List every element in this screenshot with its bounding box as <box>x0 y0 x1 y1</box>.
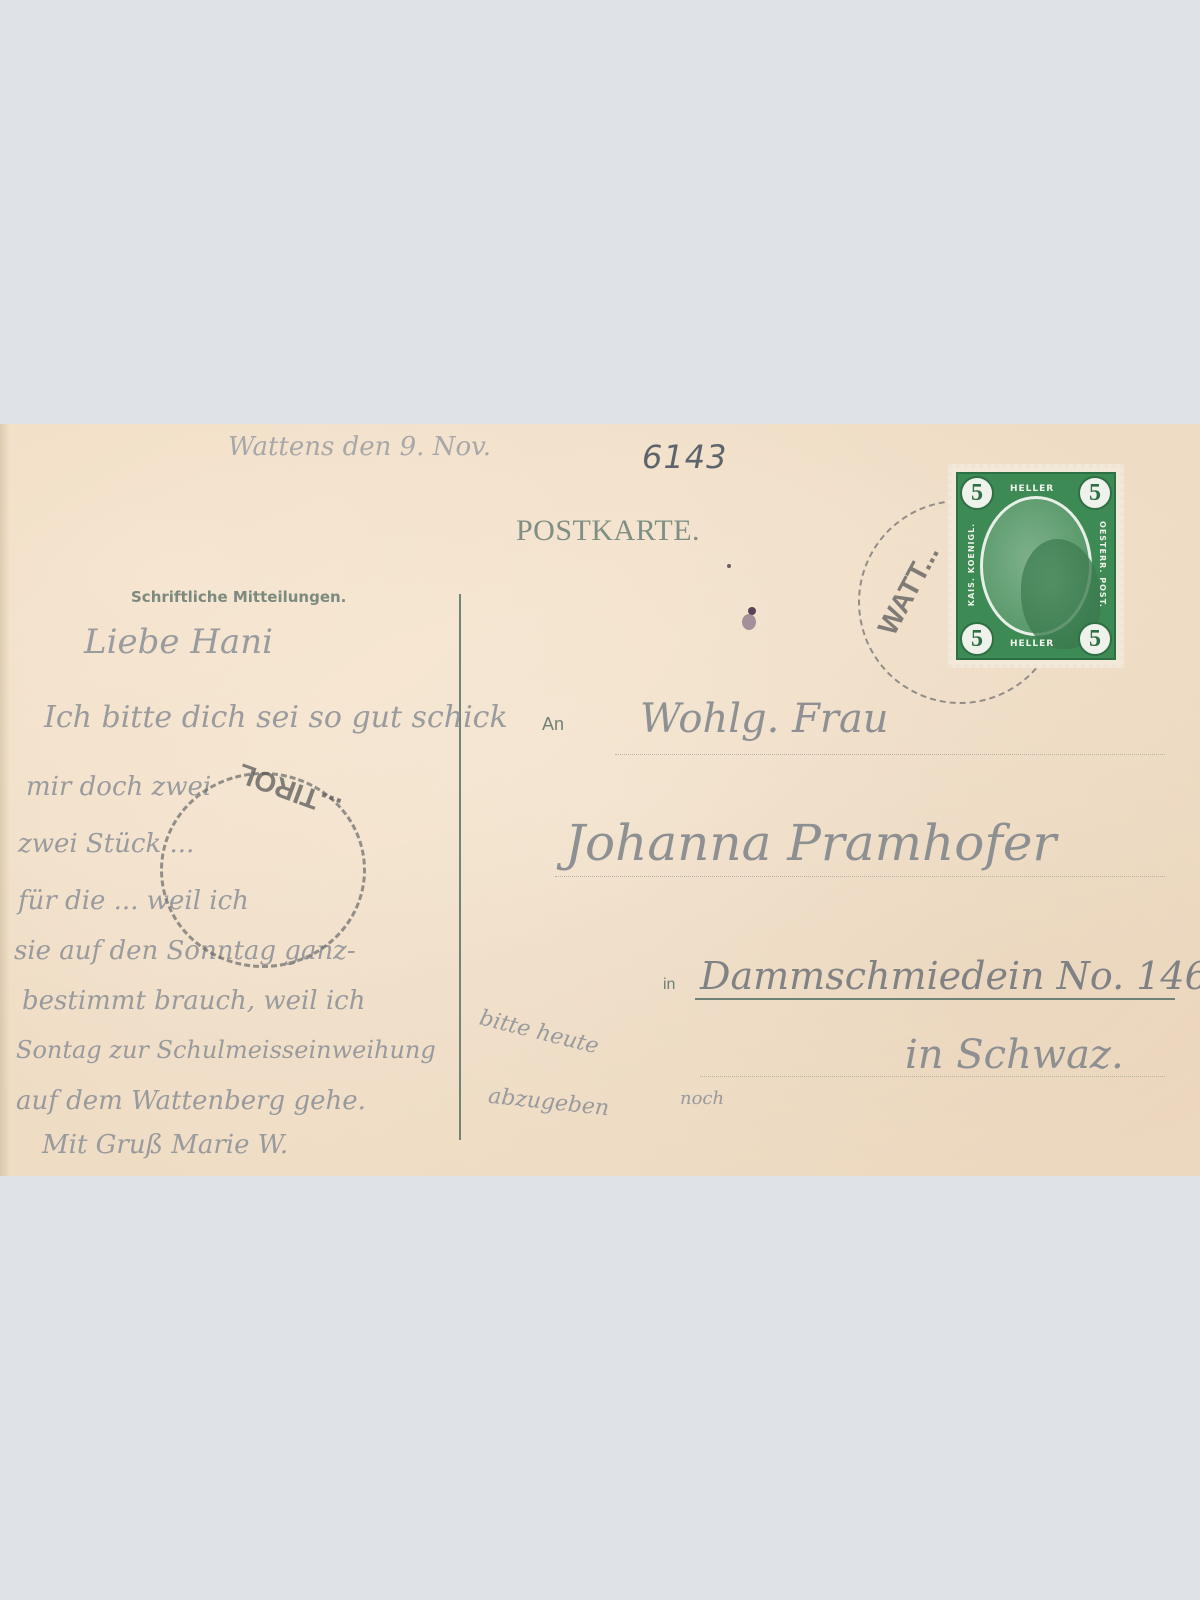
stamp-oval <box>980 496 1092 636</box>
message-line: mir doch zwei <box>26 772 211 802</box>
message-line: Mit Gruß Marie W. <box>42 1130 288 1160</box>
address-in-label: in <box>663 976 675 994</box>
message-line: auf dem Wattenberg gehe. <box>16 1086 366 1116</box>
stamp-value-bottom-left: 5 <box>960 622 994 656</box>
ink-spot <box>727 564 731 568</box>
address-city: in Schwaz. <box>905 1032 1124 1078</box>
message-line: Ich bitte dich sei so gut schick <box>44 700 508 735</box>
side-note: bitte heute <box>477 1006 601 1060</box>
message-line: bestimmt brauch, weil ich <box>22 986 365 1016</box>
messages-heading: Schriftliche Mitteilungen. <box>131 588 346 606</box>
stamp-value-top-left: 5 <box>960 476 994 510</box>
stamp-left-text: KAIS. KOENIGL. <box>967 523 976 606</box>
postage-stamp: 5 5 5 5 HELLER HELLER KAIS. KOENIGL. OES… <box>948 464 1124 668</box>
archive-number: 6143 <box>642 438 727 476</box>
address-line-2 <box>555 876 1165 877</box>
stamp-bottom-text: HELLER <box>1010 639 1054 649</box>
address-name: Johanna Pramhofer <box>565 814 1056 872</box>
stamp-right-text: OESTERR. POST. <box>1098 521 1107 608</box>
stamp-face: 5 5 5 5 HELLER HELLER KAIS. KOENIGL. OES… <box>956 472 1116 660</box>
stamp-top-text: HELLER <box>1010 484 1054 494</box>
address-to-label: An <box>542 714 564 735</box>
address-salutation: Wohlg. Frau <box>640 696 889 742</box>
side-note: noch <box>680 1088 724 1109</box>
message-line: Sontag zur Schulmeisseinweihung <box>16 1036 436 1064</box>
ink-spot <box>742 614 756 630</box>
postcard-title: POSTKARTE. <box>516 514 700 548</box>
side-note: abzugeben <box>487 1084 610 1122</box>
address-line-1 <box>615 754 1165 755</box>
dateline-handwriting: Wattens den 9. Nov. <box>228 432 491 462</box>
stamp-value-top-right: 5 <box>1078 476 1112 510</box>
stamp-value-bottom-right: 5 <box>1078 622 1112 656</box>
address-line-3 <box>695 998 1175 1000</box>
card-divider <box>459 594 461 1140</box>
message-line: Liebe Hani <box>84 622 273 662</box>
postcard: Wattens den 9. Nov. 6143 POSTKARTE. Schr… <box>0 424 1200 1176</box>
address-street: Dammschmiedein No. 146. <box>700 954 1200 998</box>
